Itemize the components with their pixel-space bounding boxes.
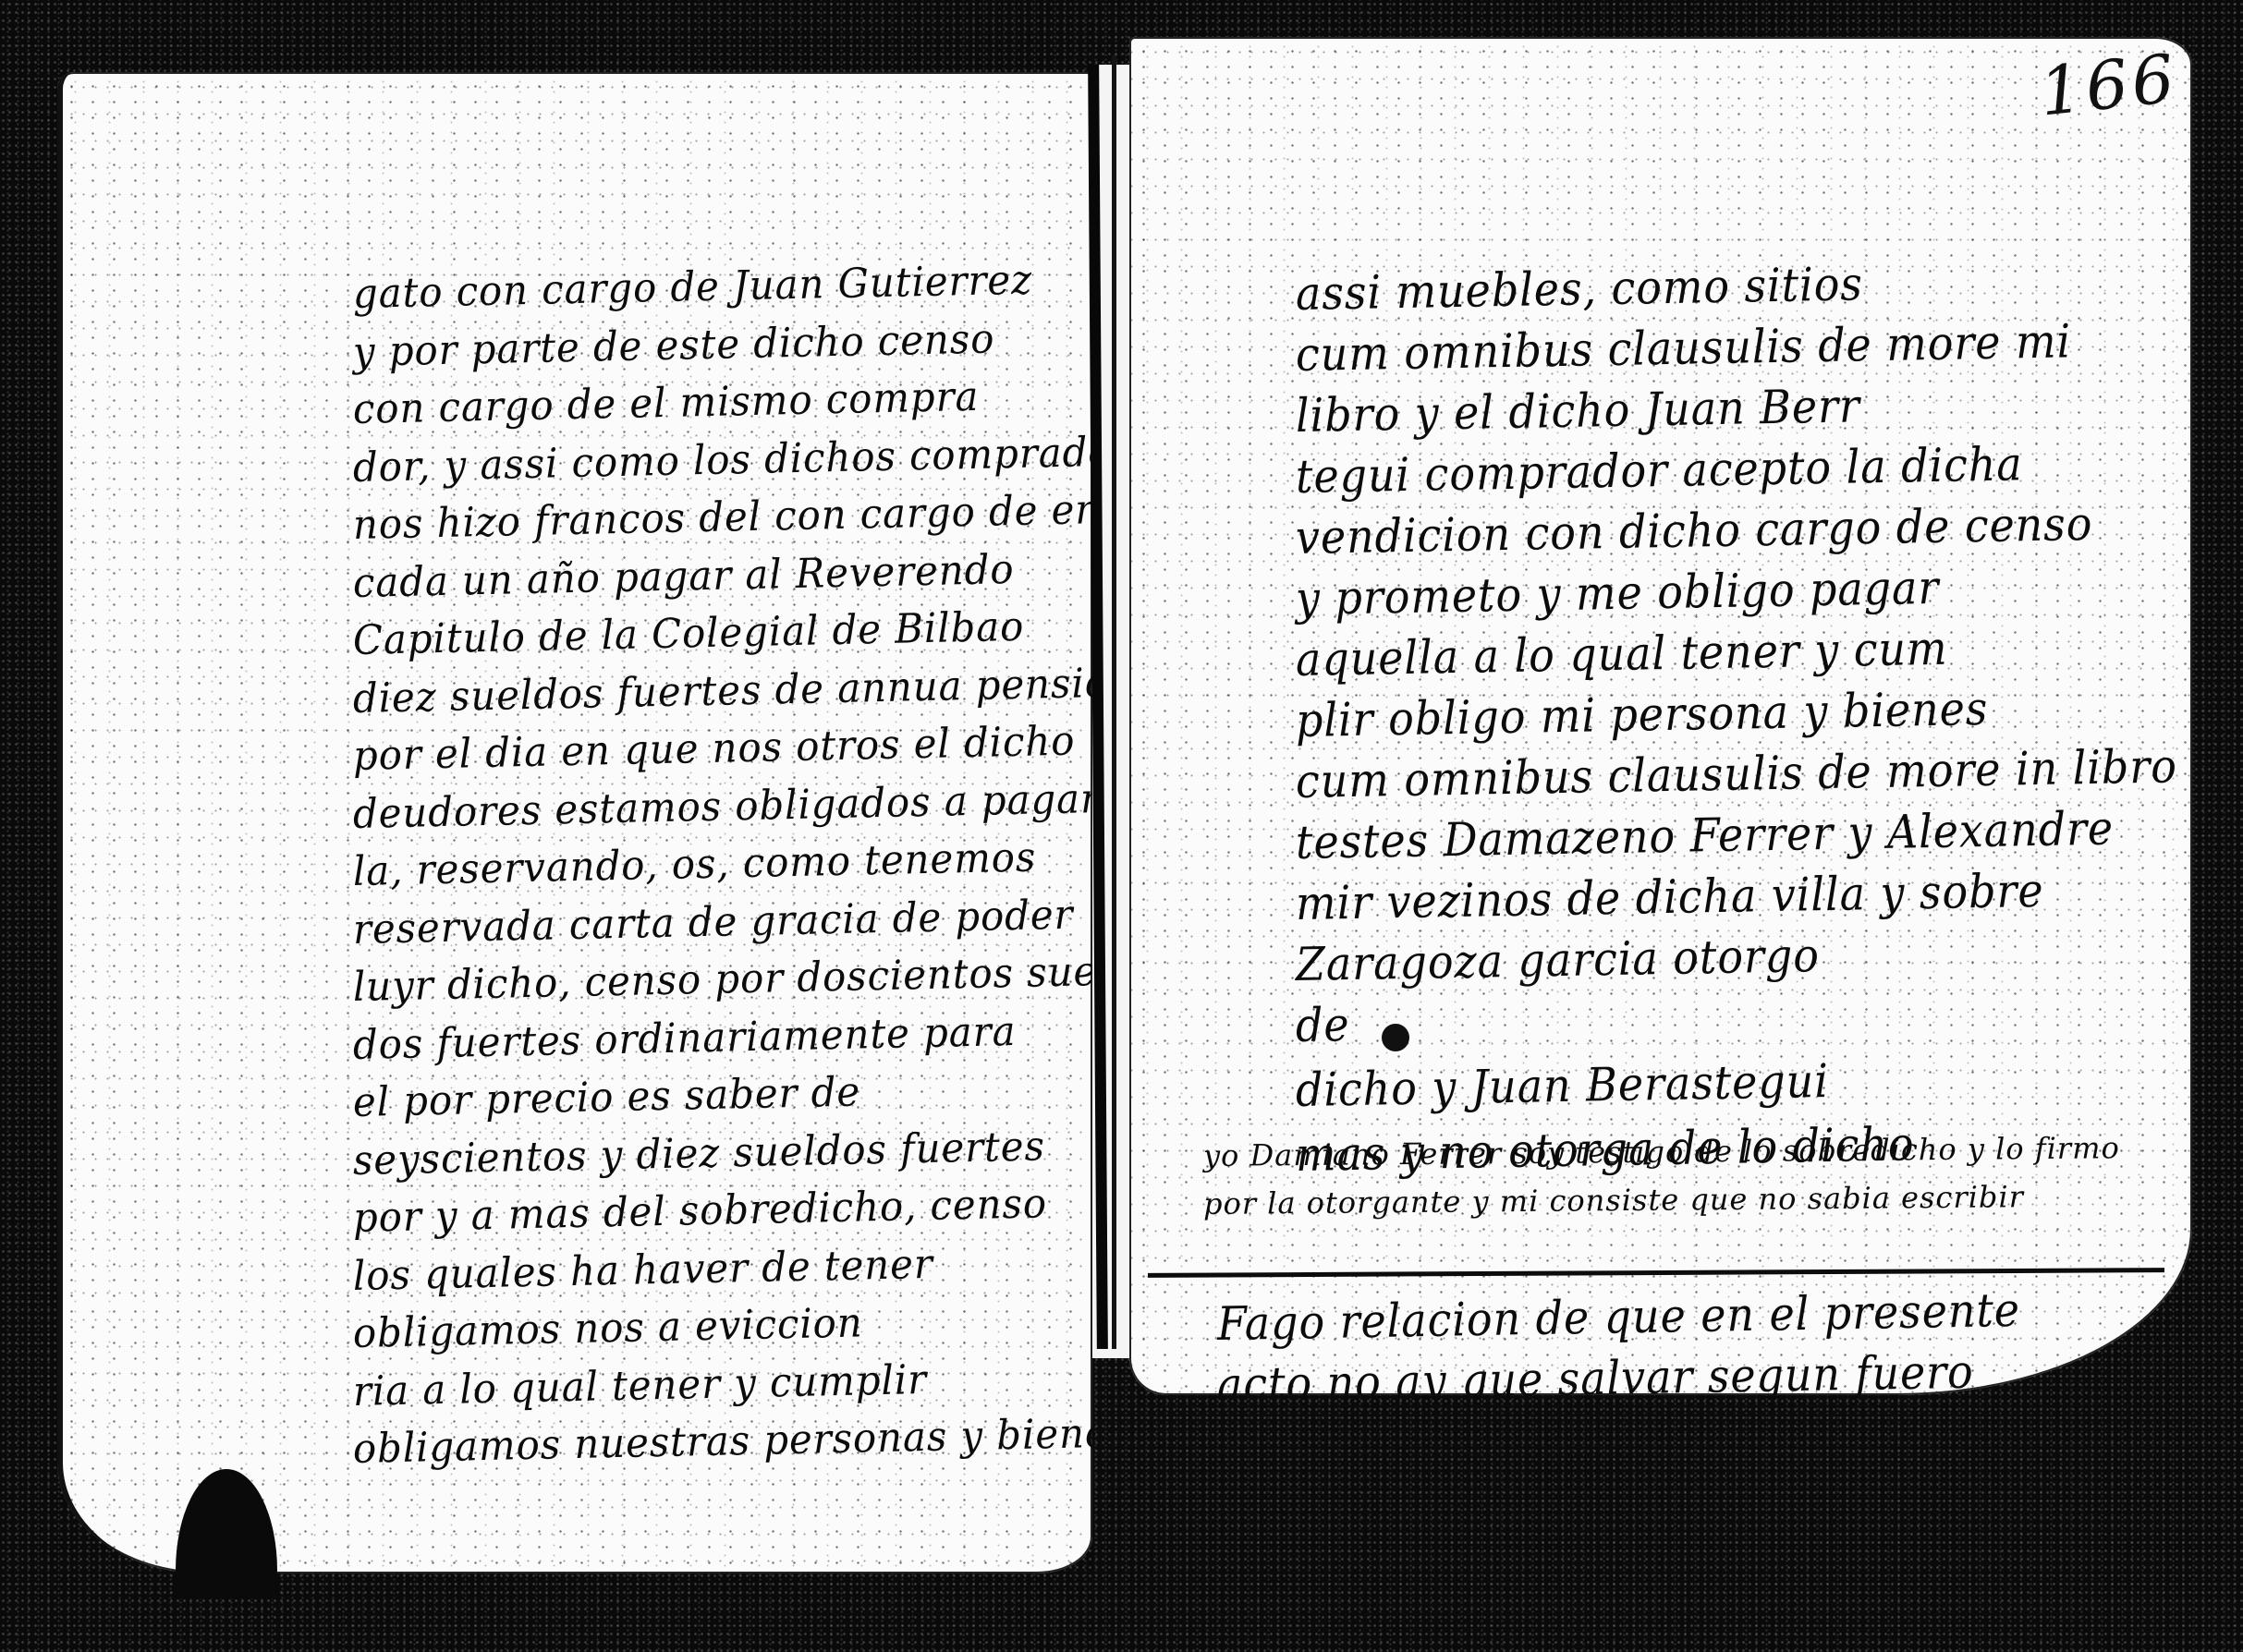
ink-blot <box>1382 1024 1409 1051</box>
right-page-text: assi muebles, como sitios cum omnibus cl… <box>1296 263 2192 1189</box>
left-page-text: gato con cargo de Juan Gutierrez y por p… <box>353 266 1092 1479</box>
witness-line: por la otorgante y mi consiste que no sa… <box>1203 1172 2120 1228</box>
witness-line: yo Damiano Ferrer soy testigo de lo sobr… <box>1203 1124 2120 1180</box>
divider-rule <box>1148 1268 2164 1278</box>
folio-number: 166 <box>2036 39 2181 130</box>
witness-statement: yo Damiano Ferrer soy testigo de lo sobr… <box>1203 1132 2120 1228</box>
left-page: gato con cargo de Juan Gutierrez y por p… <box>57 72 1092 1573</box>
right-page: 166 assi muebles, como sitios cum omnibu… <box>1129 37 2192 1395</box>
notary-attestation: Fago relacion de que en el presente acto… <box>1217 1294 2091 1395</box>
gutter-edge <box>1112 55 1116 1349</box>
